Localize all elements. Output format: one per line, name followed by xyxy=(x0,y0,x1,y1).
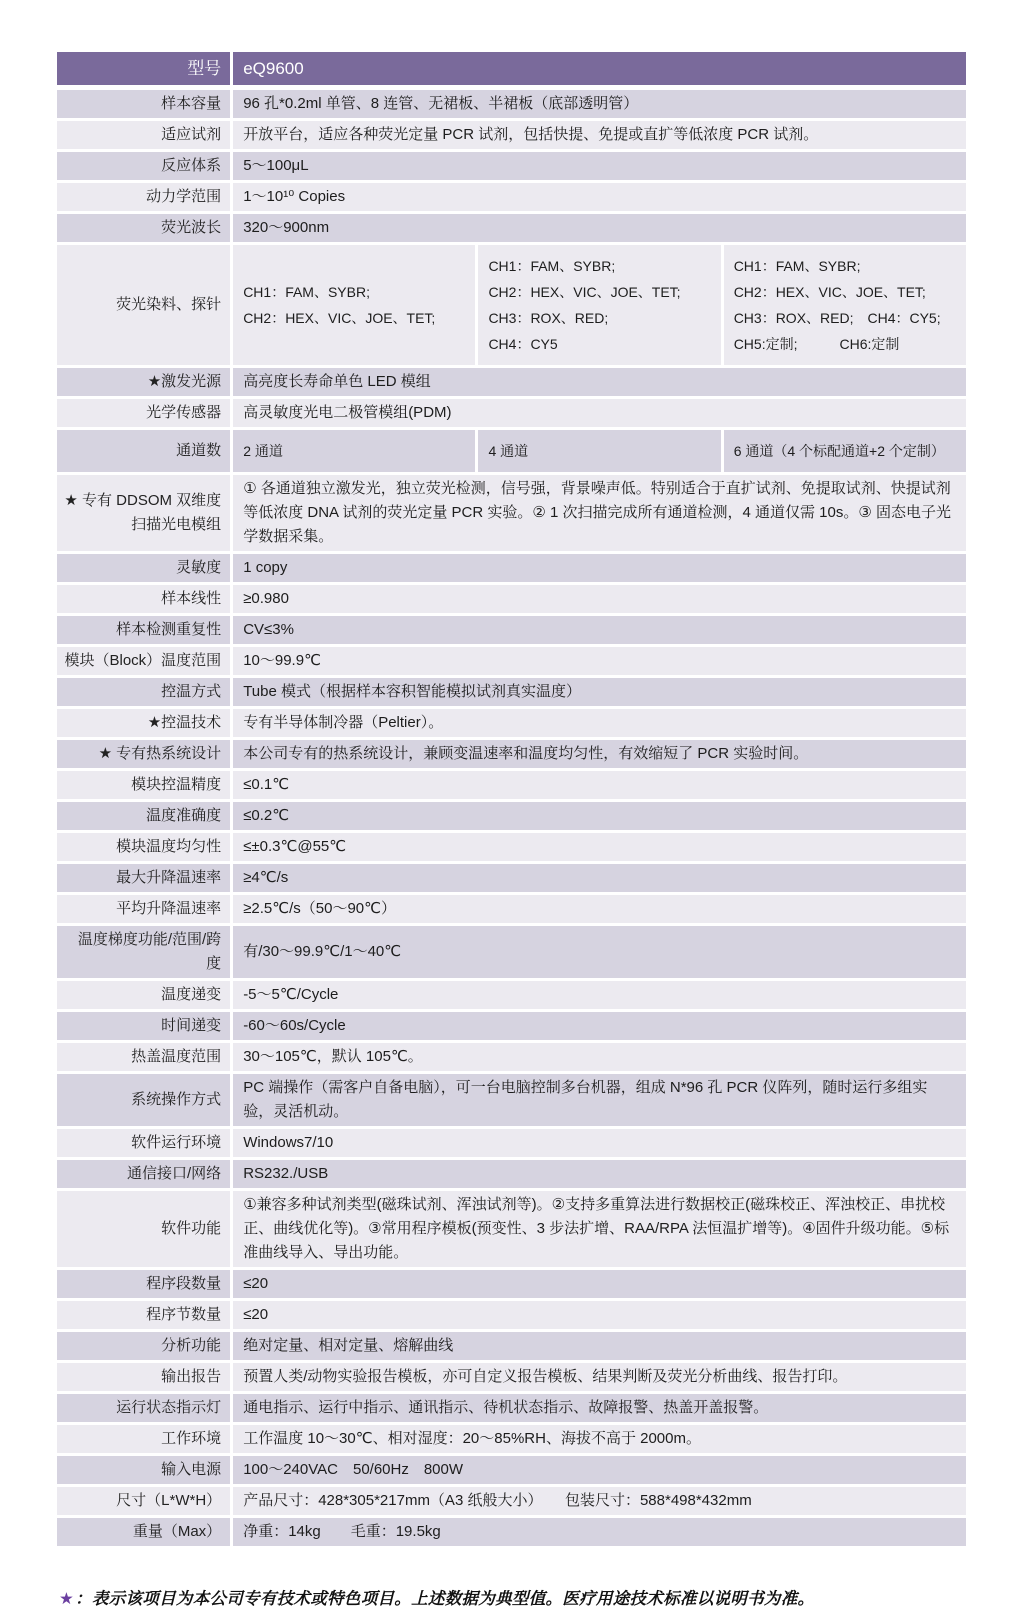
row-label: 系统操作方式 xyxy=(57,1074,230,1129)
spec-row: ★ 专有 DDSOM 双维度扫描光电模组① 各通道独立激发光，独立荧光检测，信号… xyxy=(57,475,966,554)
spec-row: 模块控温精度≤0.1℃ xyxy=(57,771,966,802)
row-value: ① 各通道独立激发光，独立荧光检测，信号强，背景噪声低。特别适合于直扩试剂、免提… xyxy=(230,475,966,554)
spec-row: 系统操作方式PC 端操作（需客户自备电脑），可一台电脑控制多台机器，组成 N*9… xyxy=(57,1074,966,1129)
row-value: ≤0.1℃ xyxy=(230,771,966,802)
spec-row: 程序段数量≤20 xyxy=(57,1270,966,1301)
row-value: ①兼容多种试剂类型(磁珠试剂、浑浊试剂等)。②支持多重算法进行数据校正(磁珠校正… xyxy=(230,1191,966,1270)
row-value: 5～100μL xyxy=(230,152,966,183)
row-value-cell: 2 通道 xyxy=(230,430,475,475)
row-value: PC 端操作（需客户自备电脑），可一台电脑控制多台机器，组成 N*96 孔 PC… xyxy=(230,1074,966,1129)
spec-row: 样本容量96 孔*0.2ml 单管、8 连管、无裙板、半裙板（底部透明管） xyxy=(57,90,966,121)
row-label: ★ 专有热系统设计 xyxy=(57,740,230,771)
row-value: ≥2.5℃/s（50～90℃） xyxy=(230,895,966,926)
spec-row: 输入电源100～240VAC 50/60Hz 800W xyxy=(57,1456,966,1487)
row-label: 温度递变 xyxy=(57,981,230,1012)
row-label: 动力学范围 xyxy=(57,183,230,214)
row-value: ≥0.980 xyxy=(230,585,966,616)
spec-row: 程序节数量≤20 xyxy=(57,1301,966,1332)
row-label: 平均升降温速率 xyxy=(57,895,230,926)
spec-row: 通道数2 通道4 通道6 通道（4 个标配通道+2 个定制） xyxy=(57,430,966,475)
row-value: 通电指示、运行中指示、通讯指示、待机状态指示、故障报警、热盖开盖报警。 xyxy=(230,1394,966,1425)
spec-row: 热盖温度范围30～105℃，默认 105℃。 xyxy=(57,1043,966,1074)
row-label: 热盖温度范围 xyxy=(57,1043,230,1074)
spec-row: 温度准确度≤0.2℃ xyxy=(57,802,966,833)
row-value: 绝对定量、相对定量、熔解曲线 xyxy=(230,1332,966,1363)
spec-row: 时间递变-60～60s/Cycle xyxy=(57,1012,966,1043)
row-value: ≤0.2℃ xyxy=(230,802,966,833)
spec-row: 输出报告预置人类/动物实验报告模板，亦可自定义报告模板、结果判断及荧光分析曲线、… xyxy=(57,1363,966,1394)
row-value: ≤20 xyxy=(230,1270,966,1301)
row-label: 适应试剂 xyxy=(57,121,230,152)
spec-row: 荧光染料、探针CH1：FAM、SYBR; CH2：HEX、VIC、JOE、TET… xyxy=(57,245,966,368)
row-value: 320～900nm xyxy=(230,214,966,245)
row-label: 程序节数量 xyxy=(57,1301,230,1332)
row-label: 软件功能 xyxy=(57,1191,230,1270)
row-label: 模块温度均匀性 xyxy=(57,833,230,864)
row-value-cell: CH1：FAM、SYBR; CH2：HEX、VIC、JOE、TET; CH3：R… xyxy=(475,245,720,368)
spec-row: 模块（Block）温度范围10～99.9℃ xyxy=(57,647,966,678)
row-value: 开放平台，适应各种荧光定量 PCR 试剂，包括快提、免提或直扩等低浓度 PCR … xyxy=(230,121,966,152)
spec-row: 温度梯度功能/范围/跨度有/30～99.9℃/1～40℃ xyxy=(57,926,966,981)
row-value: ≥4℃/s xyxy=(230,864,966,895)
row-label: 温度准确度 xyxy=(57,802,230,833)
row-label: 输出报告 xyxy=(57,1363,230,1394)
spec-row: 最大升降温速率≥4℃/s xyxy=(57,864,966,895)
spec-row: 样本检测重复性CV≤3% xyxy=(57,616,966,647)
row-value: Windows7/10 xyxy=(230,1129,966,1160)
footnote: ★：表示该项目为本公司专有技术或特色项目。上述数据为典型值。医疗用途技术标准以说… xyxy=(59,1585,1025,1609)
row-value: CV≤3% xyxy=(230,616,966,647)
row-value-cell: CH1：FAM、SYBR; CH2：HEX、VIC、JOE、TET; CH3：R… xyxy=(721,245,966,368)
row-value: 专有半导体制冷器（Peltier）。 xyxy=(230,709,966,740)
row-value-cell: 4 通道 xyxy=(475,430,720,475)
row-value: 高亮度长寿命单色 LED 模组 xyxy=(230,368,966,399)
row-label: ★激发光源 xyxy=(57,368,230,399)
spec-row: ★ 专有热系统设计本公司专有的热系统设计，兼顾变温速率和温度均匀性，有效缩短了 … xyxy=(57,740,966,771)
row-label: 样本检测重复性 xyxy=(57,616,230,647)
row-value: 1 copy xyxy=(230,554,966,585)
row-value: 30～105℃，默认 105℃。 xyxy=(230,1043,966,1074)
row-label: 软件运行环境 xyxy=(57,1129,230,1160)
spec-table: 型号 eQ9600 样本容量96 孔*0.2ml 单管、8 连管、无裙板、半裙板… xyxy=(57,52,966,1549)
spec-row: 灵敏度1 copy xyxy=(57,554,966,585)
spec-row: 工作环境工作温度 10～30℃、相对湿度：20～85%RH、海拔不高于 2000… xyxy=(57,1425,966,1456)
row-value: 高灵敏度光电二极管模组(PDM) xyxy=(230,399,966,430)
row-label: 样本容量 xyxy=(57,90,230,121)
row-label: 样本线性 xyxy=(57,585,230,616)
row-label: 灵敏度 xyxy=(57,554,230,585)
row-label: 控温方式 xyxy=(57,678,230,709)
spec-row: ★控温技术专有半导体制冷器（Peltier）。 xyxy=(57,709,966,740)
row-value: 10～99.9℃ xyxy=(230,647,966,678)
row-value-cell: 6 通道（4 个标配通道+2 个定制） xyxy=(721,430,966,475)
star-icon: ★ xyxy=(59,1590,74,1608)
row-value-cell: CH1：FAM、SYBR; CH2：HEX、VIC、JOE、TET; xyxy=(230,245,475,368)
model-header-value: eQ9600 xyxy=(230,52,966,90)
table-header-row: 型号 eQ9600 xyxy=(57,52,966,90)
row-value: 有/30～99.9℃/1～40℃ xyxy=(230,926,966,981)
spec-row: 运行状态指示灯通电指示、运行中指示、通讯指示、待机状态指示、故障报警、热盖开盖报… xyxy=(57,1394,966,1425)
row-label: 荧光染料、探针 xyxy=(57,245,230,368)
row-value: -60～60s/Cycle xyxy=(230,1012,966,1043)
row-label: 最大升降温速率 xyxy=(57,864,230,895)
row-label: 荧光波长 xyxy=(57,214,230,245)
spec-row: 尺寸（L*W*H）产品尺寸：428*305*217mm（A3 纸般大小） 包装尺… xyxy=(57,1487,966,1518)
spec-row: 模块温度均匀性≤±0.3℃@55℃ xyxy=(57,833,966,864)
row-label: 输入电源 xyxy=(57,1456,230,1487)
row-label: 分析功能 xyxy=(57,1332,230,1363)
row-label: 重量（Max） xyxy=(57,1518,230,1549)
spec-sheet-page: 型号 eQ9600 样本容量96 孔*0.2ml 单管、8 连管、无裙板、半裙板… xyxy=(0,0,1025,1609)
footnote-text: ：表示该项目为本公司专有技术或特色项目。上述数据为典型值。医疗用途技术标准以说明… xyxy=(75,1590,814,1608)
row-value: ≤20 xyxy=(230,1301,966,1332)
row-value: 1～10¹⁰ Copies xyxy=(230,183,966,214)
spec-row: 分析功能绝对定量、相对定量、熔解曲线 xyxy=(57,1332,966,1363)
spec-row: 荧光波长320～900nm xyxy=(57,214,966,245)
spec-row: 温度递变-5～5℃/Cycle xyxy=(57,981,966,1012)
spec-row: 适应试剂开放平台，适应各种荧光定量 PCR 试剂，包括快提、免提或直扩等低浓度 … xyxy=(57,121,966,152)
row-label: 模块控温精度 xyxy=(57,771,230,802)
row-label: 光学传感器 xyxy=(57,399,230,430)
row-value: 本公司专有的热系统设计，兼顾变温速率和温度均匀性，有效缩短了 PCR 实验时间。 xyxy=(230,740,966,771)
row-value: -5～5℃/Cycle xyxy=(230,981,966,1012)
spec-table-body: 型号 eQ9600 样本容量96 孔*0.2ml 单管、8 连管、无裙板、半裙板… xyxy=(57,52,966,1549)
row-value: 100～240VAC 50/60Hz 800W xyxy=(230,1456,966,1487)
spec-row: 通信接口/网络RS232./USB xyxy=(57,1160,966,1191)
row-label: 尺寸（L*W*H） xyxy=(57,1487,230,1518)
spec-row: 软件运行环境Windows7/10 xyxy=(57,1129,966,1160)
row-value: 工作温度 10～30℃、相对湿度：20～85%RH、海拔不高于 2000m。 xyxy=(230,1425,966,1456)
row-value: 预置人类/动物实验报告模板，亦可自定义报告模板、结果判断及荧光分析曲线、报告打印… xyxy=(230,1363,966,1394)
row-label: 温度梯度功能/范围/跨度 xyxy=(57,926,230,981)
model-header-label: 型号 xyxy=(57,52,230,90)
spec-row: 反应体系5～100μL xyxy=(57,152,966,183)
row-label: 工作环境 xyxy=(57,1425,230,1456)
spec-row: ★激发光源高亮度长寿命单色 LED 模组 xyxy=(57,368,966,399)
spec-row: 控温方式Tube 模式（根据样本容积智能模拟试剂真实温度） xyxy=(57,678,966,709)
row-label: 时间递变 xyxy=(57,1012,230,1043)
spec-row: 光学传感器高灵敏度光电二极管模组(PDM) xyxy=(57,399,966,430)
row-value: 产品尺寸：428*305*217mm（A3 纸般大小） 包装尺寸：588*498… xyxy=(230,1487,966,1518)
spec-row: 动力学范围1～10¹⁰ Copies xyxy=(57,183,966,214)
row-value: ≤±0.3℃@55℃ xyxy=(230,833,966,864)
spec-row: 软件功能①兼容多种试剂类型(磁珠试剂、浑浊试剂等)。②支持多重算法进行数据校正(… xyxy=(57,1191,966,1270)
spec-row: 平均升降温速率≥2.5℃/s（50～90℃） xyxy=(57,895,966,926)
row-value: RS232./USB xyxy=(230,1160,966,1191)
row-label: 程序段数量 xyxy=(57,1270,230,1301)
row-value: Tube 模式（根据样本容积智能模拟试剂真实温度） xyxy=(230,678,966,709)
row-label: 通信接口/网络 xyxy=(57,1160,230,1191)
row-value: 净重：14kg 毛重：19.5kg xyxy=(230,1518,966,1549)
row-label: 模块（Block）温度范围 xyxy=(57,647,230,678)
row-label: 反应体系 xyxy=(57,152,230,183)
row-label: 运行状态指示灯 xyxy=(57,1394,230,1425)
row-value: 96 孔*0.2ml 单管、8 连管、无裙板、半裙板（底部透明管） xyxy=(230,90,966,121)
row-label: ★ 专有 DDSOM 双维度扫描光电模组 xyxy=(57,475,230,554)
row-label: ★控温技术 xyxy=(57,709,230,740)
spec-row: 重量（Max）净重：14kg 毛重：19.5kg xyxy=(57,1518,966,1549)
spec-row: 样本线性≥0.980 xyxy=(57,585,966,616)
row-label: 通道数 xyxy=(57,430,230,475)
